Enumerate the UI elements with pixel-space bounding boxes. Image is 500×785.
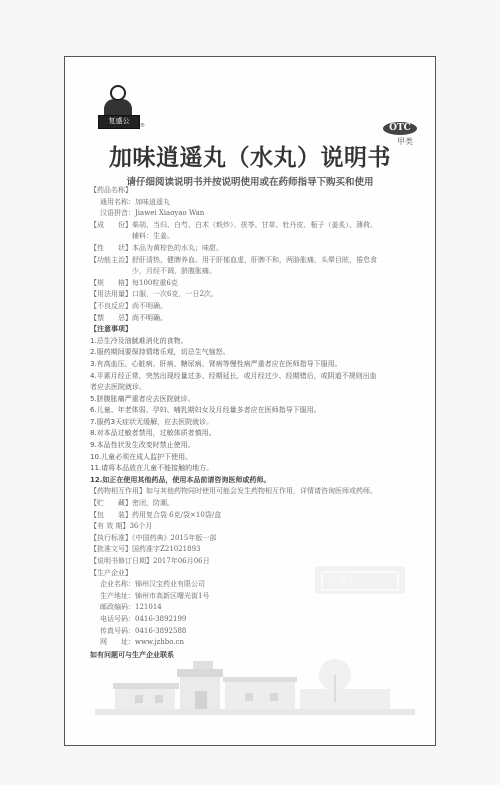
appearance-label: 【性 状】	[90, 244, 132, 252]
ingredients-row: 【成 份】柴胡、当归、白芍、白术（麸炒）、茯苓、甘草、牡丹皮、栀子（姜炙）、薄荷…	[90, 220, 420, 232]
ingredients-label: 【成 份】	[90, 221, 132, 229]
contraindications-value: 尚不明确。	[132, 314, 167, 322]
validity-label: 【有 效 期】	[90, 522, 129, 530]
standard-label: 【执行标准】	[90, 534, 132, 542]
validity-row: 【有 效 期】36个月	[90, 521, 420, 533]
standard-row: 【执行标准】《中国药典》2015年版一部	[90, 533, 420, 545]
adverse-row: 【不良反应】尚不明确。	[90, 301, 420, 313]
interactions-value: 如与其他药物同时使用可能会发生药物相互作用，详情请咨询医师或药师。	[146, 487, 377, 495]
ingredients-value: 柴胡、当归、白芍、白术（麸炒）、茯苓、甘草、牡丹皮、栀子（姜炙）、薄荷。	[132, 221, 377, 229]
revision-value: 2017年06月06日	[153, 557, 210, 565]
precaution-item: 12.如正在使用其他药品，使用本品前请咨询医师或药师。	[90, 475, 420, 487]
specification-row: 【规 格】每100粒重6克	[90, 278, 420, 290]
storage-value: 密闭，防潮。	[132, 499, 174, 507]
dosage-label: 【用法用量】	[90, 290, 132, 298]
dosage-row: 【用法用量】口服，一次6克，一日2次。	[90, 289, 420, 301]
package-value: 药用复合袋 6克/袋×10袋/盒	[132, 511, 221, 519]
precaution-item: 8.对本品过敏者禁用，过敏体质者慎用。	[90, 428, 420, 440]
appearance-value: 本品为黄棕色的水丸；味甜。	[132, 244, 223, 252]
interactions-label: 【药物相互作用】	[90, 487, 146, 495]
validity-value: 36个月	[129, 522, 152, 530]
approval-value: 国药准字Z21021893	[132, 545, 201, 553]
revision-label: 【说明书修订日期】	[90, 557, 153, 565]
building-illustration	[95, 657, 415, 717]
package-label: 【包 装】	[90, 511, 132, 519]
indications-label: 【功能主治】	[90, 256, 132, 264]
storage-row: 【贮 藏】密闭，防潮。	[90, 498, 420, 510]
registered-mark: ®	[140, 123, 145, 129]
precaution-item: 4.平素月经正常，突然出现经量过多、经期延长，或月经过少、经期错后，或阴道不规则…	[90, 371, 420, 383]
precaution-item: 7.服药3天症状无缓解，应去医院就诊。	[90, 417, 420, 429]
appearance-row: 【性 状】本品为黄棕色的水丸；味甜。	[90, 243, 420, 255]
contraindications-row: 【禁 忌】尚不明确。	[90, 313, 420, 325]
specification-label: 【规 格】	[90, 279, 132, 287]
dosage-value: 口服，一次6克，一日2次。	[132, 290, 218, 298]
precaution-item: 9.本品性状发生改变时禁止使用。	[90, 440, 420, 452]
contraindications-label: 【禁 忌】	[90, 314, 132, 322]
generic-name: 通用名称：加味逍遥丸	[90, 197, 420, 209]
interactions-row: 【药物相互作用】如与其他药物同时使用可能会发生药物相互作用，详情请咨询医师或药师…	[90, 486, 420, 498]
specification-value: 每100粒重6克	[132, 279, 178, 287]
logo-text: 复盛公	[98, 115, 140, 129]
postal-code: 邮政编码：121014	[90, 602, 420, 614]
package-row: 【包 装】药用复合袋 6克/袋×10袋/盒	[90, 510, 420, 522]
precaution-item: 11.请将本品放在儿童不能接触的地方。	[90, 463, 420, 475]
adverse-value: 尚不明确。	[132, 302, 167, 310]
watermark-logo-text: 复盛公	[321, 571, 399, 591]
pinyin-name: 汉语拼音：Jiawei Xiaoyao Wan	[90, 208, 420, 220]
fax-number: 传真号码：0416-3892588	[90, 626, 420, 638]
indications-value: 舒肝清热，健脾养血。用于肝郁血虚，肝脾不和，两胁胀痛，头晕目眩，倦怠食	[132, 256, 377, 264]
indications-continued: 少，月经不调，脐腹胀痛。	[90, 266, 420, 278]
precaution-item: 10.儿童必须在成人监护下使用。	[90, 452, 420, 464]
approval-label: 【批准文号】	[90, 545, 132, 553]
brand-logo: 复盛公 ®	[98, 85, 138, 129]
standard-value: 《中国药典》2015年版一部	[132, 534, 216, 542]
precautions-heading: 【注意事项】	[90, 324, 420, 336]
document-title: 加味逍遥丸（水丸）说明书	[65, 139, 435, 172]
adverse-label: 【不良反应】	[90, 302, 132, 310]
indications-row: 【功能主治】舒肝清热，健脾养血。用于肝郁血虚，肝脾不和，两胁胀痛，头晕目眩，倦怠…	[90, 255, 420, 267]
precaution-item: 2.服药期间要保持情绪乐观，切忌生气恼怒。	[90, 347, 420, 359]
precaution-item-continued: 者应去医院就诊。	[90, 382, 420, 394]
phone-number: 电话号码：0416-3892199	[90, 614, 420, 626]
drug-name-heading: 【药品名称】	[90, 185, 420, 197]
leaflet-sheet: 复盛公 ® OTC 甲类 加味逍遥丸（水丸）说明书 请仔细阅读说明书并按说明使用…	[64, 56, 436, 746]
ingredients-continued: 辅料：生姜。	[90, 231, 420, 243]
precaution-item: 6.儿童、年老体弱、孕妇、哺乳期妇女及月经量多者应在医师指导下服用。	[90, 405, 420, 417]
logo-figure-head	[110, 85, 126, 101]
precaution-item: 5.脐腹胀痛严重者应去医院就诊。	[90, 394, 420, 406]
precaution-item: 3.有高血压、心脏病、肝病、糖尿病、肾病等慢性病严重者应在医师指导下服用。	[90, 359, 420, 371]
approval-row: 【批准文号】国药准字Z21021893	[90, 544, 420, 556]
precaution-item: 1.忌生冷及油腻难消化的食物。	[90, 336, 420, 348]
storage-label: 【贮 藏】	[90, 499, 132, 507]
website: 网 址：www.jzhbo.cn	[90, 637, 420, 649]
watermark-logo: 复盛公	[315, 566, 405, 594]
otc-badge: OTC	[383, 122, 417, 135]
